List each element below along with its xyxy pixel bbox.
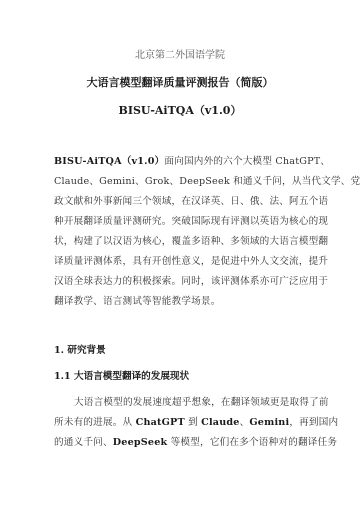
abstract-line: 政文献和外事新闻三个领域，在汉译英、日、俄、法、阿五个语 bbox=[54, 192, 308, 212]
body-line: 的通义千问、DeepSeek 等模型，它们在多个语种对的翻译任务 bbox=[54, 433, 308, 453]
abstract-line: 状，构建了以汉语为核心，覆盖多语种、多领域的大语言模型翻 bbox=[54, 232, 308, 252]
model-name: ChatGPT bbox=[136, 417, 185, 428]
abstract-line: 汉语全球表达力的积极探索。同时，该评测体系亦可广泛应用于 bbox=[54, 272, 308, 292]
abstract-line: 译质量评测体系，具有开创性意义，是促进中外人文交流，提升 bbox=[54, 252, 308, 272]
model-name: Claude bbox=[201, 417, 239, 428]
abstract-line: BISU-AiTQA（v1.0）面向国内外的六个大模型 ChatGPT、 bbox=[54, 152, 308, 172]
section-heading: 1. 研究背景 bbox=[54, 342, 106, 356]
body-line: 大语言模型的发展速度超乎想象，在翻译领域更是取得了前 bbox=[54, 393, 308, 413]
body-text: 等模型，它们在多个语种对的翻译任务 bbox=[167, 437, 337, 448]
abstract-line: Claude、Gemini、Grok、DeepSeek 和通义千问，从当代文学、… bbox=[54, 172, 308, 192]
subsection-heading: 1.1 大语言模型翻译的发展现状 bbox=[54, 368, 189, 382]
abstract-paragraph: BISU-AiTQA（v1.0）面向国内外的六个大模型 ChatGPT、 Cla… bbox=[54, 152, 308, 312]
abstract-bold-lead: BISU-AiTQA（v1.0） bbox=[54, 156, 164, 167]
model-name: DeepSeek bbox=[113, 437, 168, 448]
abstract-text: 面向国内外的六个大模型 ChatGPT、 bbox=[164, 156, 330, 167]
report-subtitle: BISU-AiTQA（v1.0） bbox=[0, 102, 360, 118]
document-page: 北京第二外国语学院 大语言模型翻译质量评测报告（简版） BISU-AiTQA（v… bbox=[0, 0, 360, 509]
model-name: Gemini bbox=[249, 417, 289, 428]
body-line: 所未有的进展。从 ChatGPT 到 Claude、Gemini，再到国内 bbox=[54, 413, 308, 433]
body-text: 所未有的进展。从 bbox=[54, 417, 136, 428]
body-text: 到 bbox=[185, 417, 201, 428]
institution-name: 北京第二外国语学院 bbox=[0, 46, 360, 61]
body-text: ，再到国内 bbox=[289, 417, 338, 428]
body-paragraph: 大语言模型的发展速度超乎想象，在翻译领域更是取得了前 所未有的进展。从 Chat… bbox=[54, 393, 308, 453]
abstract-line: 翻译教学、语言测试等智能教学场景。 bbox=[54, 292, 308, 312]
body-text: 的通义千问、 bbox=[54, 437, 113, 448]
abstract-line: 种开展翻译质量评测研究。突破国际现有评测以英语为核心的现 bbox=[54, 212, 308, 232]
report-title: 大语言模型翻译质量评测报告（简版） bbox=[0, 74, 360, 90]
body-text: 、 bbox=[240, 417, 250, 428]
